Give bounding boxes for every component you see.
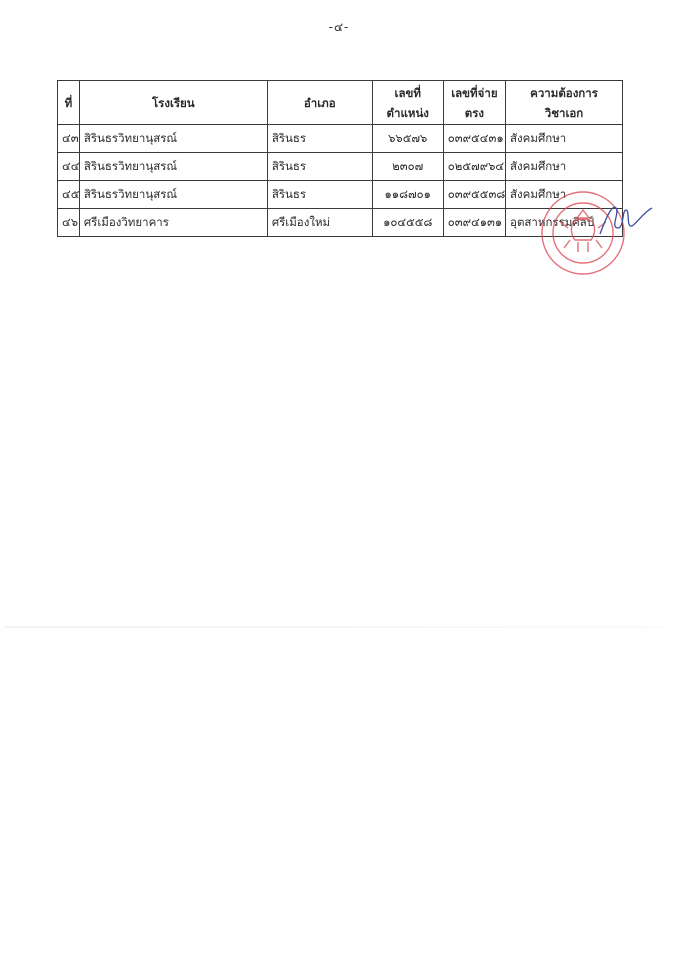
table-row: ๔๔ สิรินธรวิทยานุสรณ์ สิรินธร ๒๓๐๗ ๐๒๕๗๙… (58, 153, 623, 181)
cell-school: สิรินธรวิทยานุสรณ์ (79, 125, 267, 153)
page-number: -๔- (0, 18, 678, 37)
cell-school: สิรินธรวิทยานุสรณ์ (79, 181, 267, 209)
header-major-line2: วิชาเอก (510, 103, 618, 123)
cell-position-no: ๒๓๐๗ (372, 153, 443, 181)
cell-district: สิรินธร (267, 125, 372, 153)
header-major: ความต้องการ วิชาเอก (506, 81, 623, 125)
cell-pay-no: ๐๒๕๗๙๖๔ (443, 153, 505, 181)
header-pay-no: เลขที่จ่าย ตรง (443, 81, 505, 125)
cell-position-no: ๑๑๘๗๐๑ (372, 181, 443, 209)
cell-district: ศรีเมืองใหม่ (267, 209, 372, 237)
table-header-row: ที่ โรงเรียน อำเภอ เลขที่ ตำแหน่ง เลขที่… (58, 81, 623, 125)
header-district: อำเภอ (267, 81, 372, 125)
header-school: โรงเรียน (79, 81, 267, 125)
cell-no: ๔๖ (58, 209, 80, 237)
header-position-no-line2: ตำแหน่ง (377, 103, 439, 123)
cell-pay-no: ๐๓๙๕๔๓๑ (443, 125, 505, 153)
table-row: ๔๕ สิรินธรวิทยานุสรณ์ สิรินธร ๑๑๘๗๐๑ ๐๓๙… (58, 181, 623, 209)
cell-major: สังคมศึกษา (506, 153, 623, 181)
cell-position-no: ๑๐๔๕๕๘ (372, 209, 443, 237)
table-row: ๔๓ สิรินธรวิทยานุสรณ์ สิรินธร ๖๖๕๗๖ ๐๓๙๕… (58, 125, 623, 153)
cell-position-no: ๖๖๕๗๖ (372, 125, 443, 153)
cell-pay-no: ๐๓๙๕๕๓๘ (443, 181, 505, 209)
header-major-line1: ความต้องการ (510, 83, 618, 103)
cell-school: ศรีเมืองวิทยาคาร (79, 209, 267, 237)
cell-major: สังคมศึกษา (506, 125, 623, 153)
header-position-no-line1: เลขที่ (377, 83, 439, 103)
table-row: ๔๖ ศรีเมืองวิทยาคาร ศรีเมืองใหม่ ๑๐๔๕๕๘ … (58, 209, 623, 237)
cell-district: สิรินธร (267, 153, 372, 181)
header-no: ที่ (58, 81, 80, 125)
cell-no: ๔๓ (58, 125, 80, 153)
header-pay-no-line1: เลขที่จ่าย (448, 83, 501, 103)
staff-vacancy-table: ที่ โรงเรียน อำเภอ เลขที่ ตำแหน่ง เลขที่… (57, 80, 623, 237)
signature-icon (596, 198, 656, 238)
cell-district: สิรินธร (267, 181, 372, 209)
header-pay-no-line2: ตรง (448, 103, 501, 123)
header-position-no: เลขที่ ตำแหน่ง (372, 81, 443, 125)
cell-no: ๔๔ (58, 153, 80, 181)
cell-pay-no: ๐๓๙๔๑๓๑ (443, 209, 505, 237)
cell-no: ๔๕ (58, 181, 80, 209)
scan-artifact-line (5, 626, 665, 628)
cell-school: สิรินธรวิทยานุสรณ์ (79, 153, 267, 181)
